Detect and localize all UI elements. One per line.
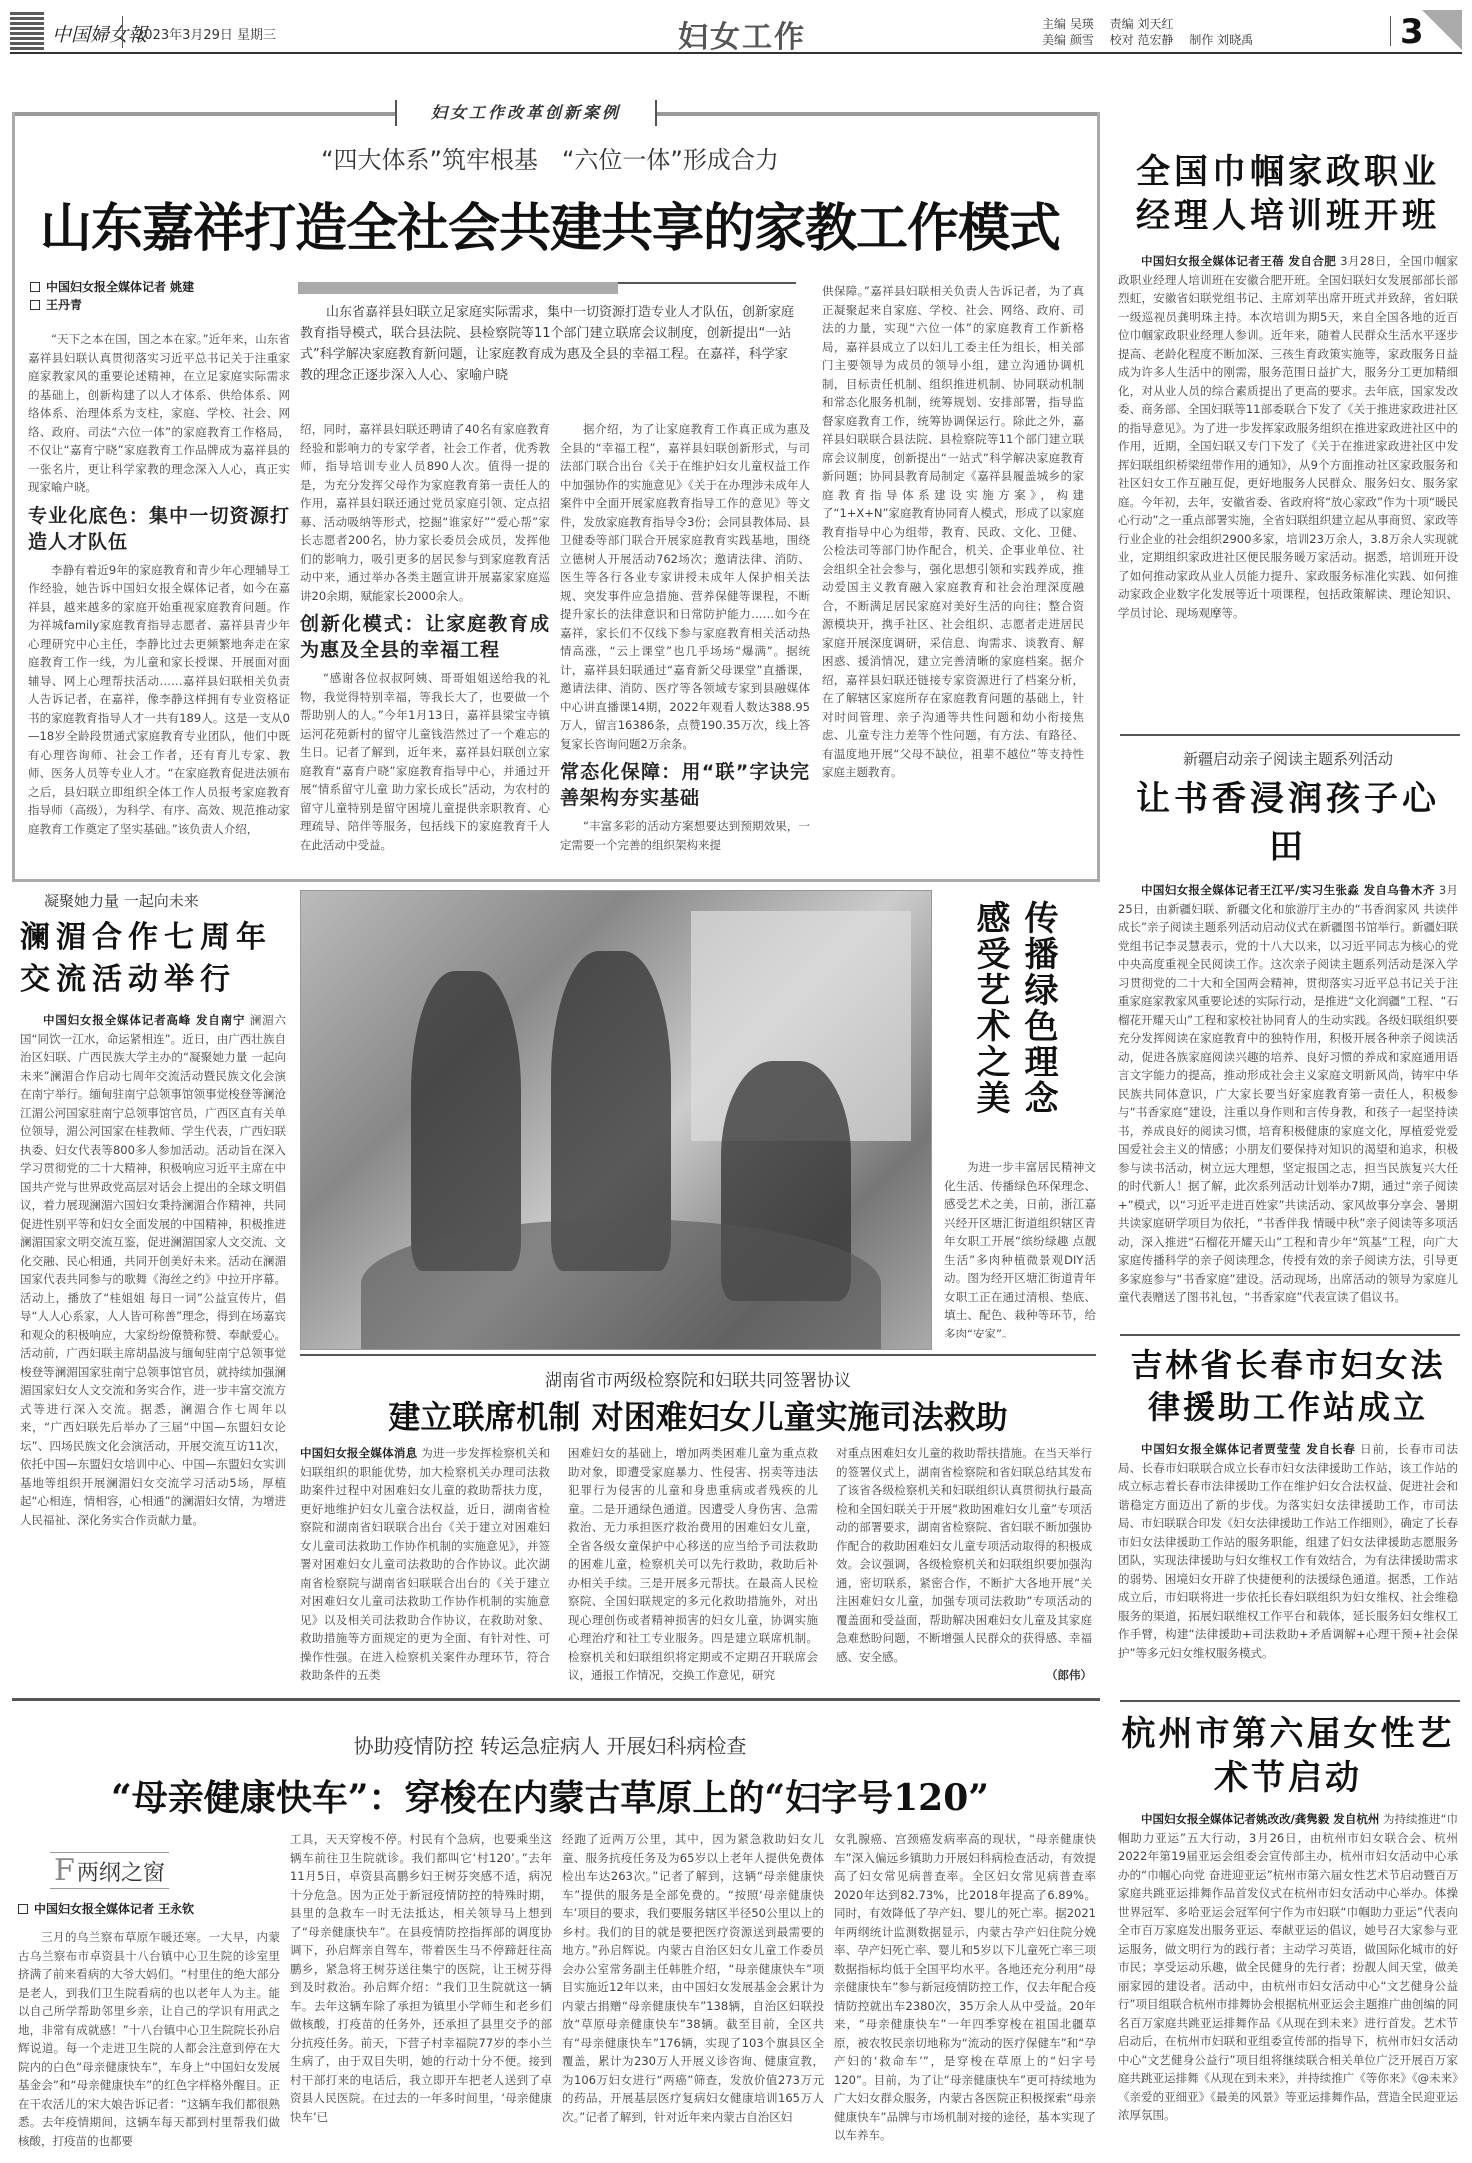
credit: 责编 刘天红 [1110, 17, 1174, 31]
divider [122, 16, 123, 48]
table-with-plants [361, 1219, 881, 1349]
hunan-col-3: 对重点困难妇女儿童的救助帮扶措施。在当天举行的签署仪式上，湖南省检察院和省妇联总… [836, 1444, 1092, 1684]
lead-col-2: 绍，同时，嘉祥县妇联还聘请了40名有家庭教育经验和影响力的专家学者，社会工作者，… [300, 420, 550, 870]
story-headline[interactable]: 吉林省长春市妇女法律援助工作站成立 [1118, 1344, 1458, 1428]
credit: 校对 范宏静 [1110, 33, 1174, 47]
story-body: 中国妇女报全媒体记者贾莹莹 发自长春 日前，长春市司法局、长春市妇联联合成立长春… [1118, 1440, 1458, 1740]
news-photo[interactable] [300, 890, 932, 1350]
logo-letter: F [54, 1853, 75, 1888]
square-bullet-icon [18, 1904, 28, 1914]
story-headline[interactable]: 全国巾帼家政职业经理人培训班开班 [1118, 150, 1458, 238]
divider [300, 1354, 1096, 1356]
bottom-col-1: 三月的乌兰察布草原乍暖还寒。一大早，内蒙古乌兰察布市卓资县十八台镇中心卫生院的诊… [18, 1928, 280, 2156]
page-number: 3 [1400, 12, 1424, 52]
photo-headline-line-1: 传播绿色理念 [1018, 900, 1058, 1116]
lead-col-1: “天下之本在国，国之本在家。”近年来，山东省嘉祥县妇联认真贯彻落实习近平总书记关… [28, 330, 290, 870]
byline: 中国妇女报全媒体记者 姚建 [30, 278, 290, 296]
issue-date: 2023年3月29日 星期三 [136, 24, 276, 43]
photo-headline-line-2: 感受艺术之美 [970, 900, 1010, 1116]
credit: 主编 吴瑛 [1042, 17, 1094, 31]
qr-code-icon[interactable] [10, 10, 44, 50]
bottom-col-4: 女乳腺癌、宫颈癌发病率高的现状，“母亲健康快车”深入偏远乡镇助力开展妇科病检查活… [834, 1830, 1096, 2156]
lead-col-4: 供保障。”嘉祥县妇联相关负责人告诉记者，为了真正凝聚起来自家庭、学校、社会、网络… [822, 282, 1084, 870]
editor-credits: 主编 吴瑛 责编 刘天红 美编 颜雪 校对 范宏静 制作 刘晓禹 [1042, 16, 1265, 48]
lead-col-3: 据介绍，为了让家庭教育工作真正成为惠及全县的“幸福工程”，嘉祥县妇联创新形式，与… [560, 420, 810, 870]
divider [1390, 16, 1391, 46]
square-bullet-icon [30, 282, 40, 292]
divider [1120, 734, 1460, 736]
story-body: 中国妇女报全媒体记者王蓓 发自合肥 3月28日，全国巾帼家政职业经理人培训班在安… [1118, 252, 1458, 742]
story-deck: 湖南省市两级检察院和妇联共同签署协议 [300, 1366, 1096, 1391]
section-title: 妇女工作 [678, 12, 806, 56]
byline: 中国妇女报全媒体记者 王永钦 [18, 1900, 278, 1918]
story-body: 中国妇女报全媒体记者姚改改/龚隽毅 发自杭州 为持续推进“巾帼助力亚运”五大行动… [1118, 1810, 1458, 2150]
square-bullet-icon [30, 300, 40, 310]
story-deck: 凝聚她力量 一起向未来 [20, 890, 286, 911]
divider [1120, 1700, 1460, 1702]
lead-headline[interactable]: 山东嘉祥打造全社会共建共享的家教工作模式 [0, 186, 1100, 261]
newspaper-logo: 中国婦女報 [52, 20, 147, 47]
credit: 制作 刘晓禹 [1189, 33, 1253, 47]
story-reading-campaign: 新疆启动亲子阅读主题系列活动 让书香浸润孩子心田 中国妇女报全媒体记者王江平/实… [1118, 748, 1458, 1411]
bottom-col-2: 工具，天天穿梭不停。村民有个急病，也要乘坐这辆车前往卫生院就诊。我们都叫它‘村1… [290, 1830, 552, 2156]
photo-caption: 为进一步丰富居民精神文化生活、传播绿色环保理念、感受艺术之美，日前，浙江嘉兴经开… [944, 1158, 1096, 1338]
divider [12, 1698, 1100, 1701]
section-subhead: 创新化模式：让家庭教育成为惠及全县的幸福工程 [300, 611, 550, 663]
column-logo: F两纲之窗 [50, 1852, 169, 1889]
masthead: 中国婦女報 2023年3月29日 星期三 妇女工作 主编 吴瑛 责编 刘天红 美… [10, 10, 1462, 54]
story-deck: 协助疫情防控 转运急症病人 开展妇科病检查 [0, 1730, 1100, 1759]
story-body: 中国妇女报全媒体记者高峰 发自南宁 澜湄六国“同饮一江水，命运紧相连”。近日，由… [20, 1011, 286, 1591]
story-deck: 新疆启动亲子阅读主题系列活动 [1118, 748, 1458, 769]
story-body: 中国妇女报全媒体记者王江平/实习生张淼 发自乌鲁木齐 3月25日，由新疆妇联、新… [1118, 881, 1458, 1411]
section-subhead: 常态化保障：用“联”字诀完善架构夯实基础 [560, 759, 810, 811]
story-headline[interactable]: 建立联席机制 对困难妇女儿童实施司法救助 [300, 1392, 1096, 1438]
story-lancang-mekong: 凝聚她力量 一起向未来 澜湄合作七周年交流活动举行 中国妇女报全媒体记者高峰 发… [20, 890, 286, 1591]
story-arts-festival: 杭州市第六届女性艺术节启动 中国妇女报全媒体记者姚改改/龚隽毅 发自杭州 为持续… [1118, 1712, 1458, 2150]
story-headline[interactable]: “母亲健康快车”：穿梭在内蒙古草原上的“妇字号120” [0, 1770, 1100, 1821]
corner-triangle-icon [1422, 10, 1462, 50]
lead-bylines: 中国妇女报全媒体记者 姚建 王丹青 [30, 278, 290, 314]
credit: 美编 颜雪 [1042, 33, 1094, 47]
hunan-col-2: 困难妇女的基础上，增加两类困难儿童为重点救助对象，即遭受家庭暴力、性侵害、拐卖等… [568, 1444, 818, 1684]
hunan-col-1: 中国妇女报全媒体消息 为进一步发挥检察机关和妇联组织的职能优势，加大检察机关办理… [300, 1444, 550, 1684]
section-subhead: 专业化底色：集中一切资源打造人才队伍 [28, 503, 290, 555]
byline: 王丹青 [30, 296, 290, 314]
bottom-col-3: 经跑了近两万公里，其中，因为紧急救助妇女儿童、服务抗疫任务及为65岁以上老年人提… [562, 1830, 824, 2156]
story-housekeeping-training: 全国巾帼家政职业经理人培训班开班 中国妇女报全媒体记者王蓓 发自合肥 3月28日… [1118, 150, 1458, 742]
story-credit: （郎伟） [836, 1666, 1092, 1684]
divider [618, 282, 796, 284]
story-legal-aid: 吉林省长春市妇女法律援助工作站成立 中国妇女报全媒体记者贾莹莹 发自长春 日前，… [1118, 1344, 1458, 1740]
lead-deck: “四大体系”筑牢根基 “六位一体”形成合力 [0, 140, 1100, 175]
lead-summary: 山东省嘉祥县妇联立足家庭实际需求，集中一切资源打造专业人才队伍，创新家庭教育指导… [300, 302, 800, 386]
summary-bar [298, 282, 618, 294]
divider [1120, 1334, 1460, 1336]
story-headline[interactable]: 杭州市第六届女性艺术节启动 [1118, 1712, 1458, 1800]
story-headline[interactable]: 让书香浸润孩子心田 [1118, 775, 1458, 871]
story-headline[interactable]: 澜湄合作七周年交流活动举行 [20, 917, 286, 1001]
